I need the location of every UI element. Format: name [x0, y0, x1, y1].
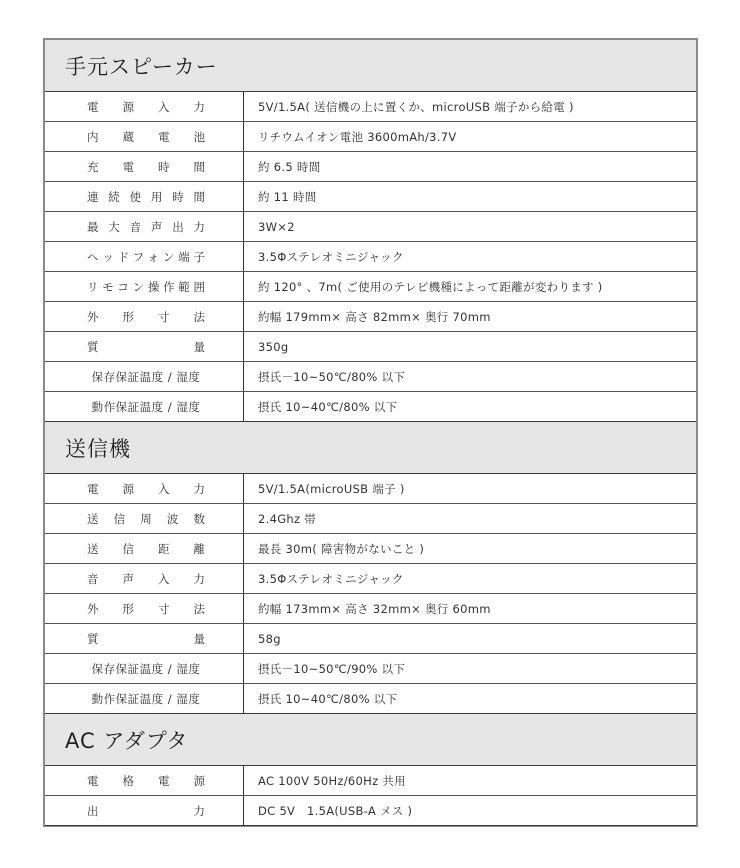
label-cell: リモコン操作範囲 [45, 272, 244, 301]
row-label: 外 形 寸 法 [87, 309, 205, 325]
label-cell: 質 量 [45, 332, 244, 361]
row-value: 最長 30m( 障害物がないこと ) [244, 534, 696, 563]
table-row: 動作保証温度 / 湿度摂氏 10~40℃/80% 以下 [45, 392, 696, 422]
row-value: 摂氏 10~40℃/80% 以下 [244, 684, 696, 713]
table-row: 保存保証温度 / 湿度摂氏－10~50℃/90% 以下 [45, 654, 696, 684]
table-row: 質 量58g [45, 624, 696, 654]
label-cell: 動作保証温度 / 湿度 [45, 684, 244, 713]
label-cell: 電 格 電 源 [45, 766, 244, 795]
table-row: ヘッドフォン端子3.5Φステレオミニジャック [45, 242, 696, 272]
row-value: 3W×2 [244, 212, 696, 241]
section-header-transmitter: 送信機 [45, 422, 696, 474]
label-cell: 保存保証温度 / 湿度 [45, 654, 244, 683]
row-value: 約 11 時間 [244, 182, 696, 211]
row-label: 保存保証温度 / 湿度 [87, 369, 205, 385]
table-row: 保存保証温度 / 湿度摂氏－10~50℃/80% 以下 [45, 362, 696, 392]
row-value: 約 120° 、7m( ご使用のテレビ機種によって距離が変わります ) [244, 272, 696, 301]
label-cell: 送 信 距 離 [45, 534, 244, 563]
row-label: 連続使用時間 [87, 189, 205, 205]
table-row: 音 声 入 力3.5Φステレオミニジャック [45, 564, 696, 594]
label-cell: 内 蔵 電 池 [45, 122, 244, 151]
table-row: 充 電 時 間約 6.5 時間 [45, 152, 696, 182]
table-row: 外 形 寸 法約幅 179mm× 高さ 82mm× 奥行 70mm [45, 302, 696, 332]
row-value: 58g [244, 624, 696, 653]
row-value: 2.4Ghz 帯 [244, 504, 696, 533]
table-row: 質 量350g [45, 332, 696, 362]
row-label: 質 量 [87, 631, 205, 647]
label-cell: 電 源 入 力 [45, 92, 244, 121]
label-cell: 保存保証温度 / 湿度 [45, 362, 244, 391]
row-value: 350g [244, 332, 696, 361]
row-label: 音 声 入 力 [87, 571, 205, 587]
label-cell: 質 量 [45, 624, 244, 653]
row-label: 充 電 時 間 [87, 159, 205, 175]
label-cell: 外 形 寸 法 [45, 594, 244, 623]
row-label: リモコン操作範囲 [87, 279, 205, 295]
table-row: リモコン操作範囲約 120° 、7m( ご使用のテレビ機種によって距離が変わりま… [45, 272, 696, 302]
row-label: 質 量 [87, 339, 205, 355]
row-label: ヘッドフォン端子 [87, 249, 205, 265]
row-label: 送 信 距 離 [87, 541, 205, 557]
table-row: 電 格 電 源AC 100V 50Hz/60Hz 共用 [45, 766, 696, 796]
row-label: 動作保証温度 / 湿度 [87, 399, 205, 415]
label-cell: ヘッドフォン端子 [45, 242, 244, 271]
row-value: 5V/1.5A( 送信機の上に置くか、microUSB 端子から給電 ) [244, 92, 696, 121]
row-label: 内 蔵 電 池 [87, 129, 205, 145]
section-header-ac-adapter: AC アダプタ [45, 714, 696, 766]
label-cell: 音 声 入 力 [45, 564, 244, 593]
row-value: 3.5Φステレオミニジャック [244, 564, 696, 593]
row-value: 摂氏 10~40℃/80% 以下 [244, 392, 696, 421]
label-cell: 電 源 入 力 [45, 474, 244, 503]
label-cell: 出 力 [45, 796, 244, 825]
table-row: 電 源 入 力5V/1.5A( 送信機の上に置くか、microUSB 端子から給… [45, 92, 696, 122]
row-label: 最大音声出力 [87, 219, 205, 235]
row-value: 摂氏－10~50℃/90% 以下 [244, 654, 696, 683]
row-label: 外 形 寸 法 [87, 601, 205, 617]
row-value: 5V/1.5A(microUSB 端子 ) [244, 474, 696, 503]
label-cell: 外 形 寸 法 [45, 302, 244, 331]
label-cell: 充 電 時 間 [45, 152, 244, 181]
row-value: AC 100V 50Hz/60Hz 共用 [244, 766, 696, 795]
row-value: 約 6.5 時間 [244, 152, 696, 181]
row-value: リチウムイオン電池 3600mAh/3.7V [244, 122, 696, 151]
table-row: 動作保証温度 / 湿度摂氏 10~40℃/80% 以下 [45, 684, 696, 714]
table-row: 外 形 寸 法約幅 173mm× 高さ 32mm× 奥行 60mm [45, 594, 696, 624]
row-value: 摂氏－10~50℃/80% 以下 [244, 362, 696, 391]
label-cell: 送信周波数 [45, 504, 244, 533]
table-row: 内 蔵 電 池リチウムイオン電池 3600mAh/3.7V [45, 122, 696, 152]
label-cell: 最大音声出力 [45, 212, 244, 241]
row-value: DC 5V 1.5A(USB-A メス ) [244, 796, 696, 825]
row-label: 出 力 [87, 803, 205, 819]
table-row: 電 源 入 力5V/1.5A(microUSB 端子 ) [45, 474, 696, 504]
row-label: 保存保証温度 / 湿度 [87, 661, 205, 677]
row-value: 約幅 173mm× 高さ 32mm× 奥行 60mm [244, 594, 696, 623]
row-label: 電 格 電 源 [87, 773, 205, 789]
table-row: 最大音声出力3W×2 [45, 212, 696, 242]
table-row: 連続使用時間約 11 時間 [45, 182, 696, 212]
row-label: 電 源 入 力 [87, 481, 205, 497]
spec-table: 手元スピーカー 電 源 入 力5V/1.5A( 送信機の上に置くか、microU… [43, 38, 698, 827]
section-header-speaker: 手元スピーカー [45, 40, 696, 92]
row-label: 動作保証温度 / 湿度 [87, 691, 205, 707]
table-row: 出 力DC 5V 1.5A(USB-A メス ) [45, 796, 696, 826]
label-cell: 動作保証温度 / 湿度 [45, 392, 244, 421]
table-row: 送 信 距 離最長 30m( 障害物がないこと ) [45, 534, 696, 564]
label-cell: 連続使用時間 [45, 182, 244, 211]
row-label: 電 源 入 力 [87, 99, 205, 115]
row-label: 送信周波数 [87, 511, 205, 527]
row-value: 約幅 179mm× 高さ 82mm× 奥行 70mm [244, 302, 696, 331]
table-row: 送信周波数2.4Ghz 帯 [45, 504, 696, 534]
row-value: 3.5Φステレオミニジャック [244, 242, 696, 271]
